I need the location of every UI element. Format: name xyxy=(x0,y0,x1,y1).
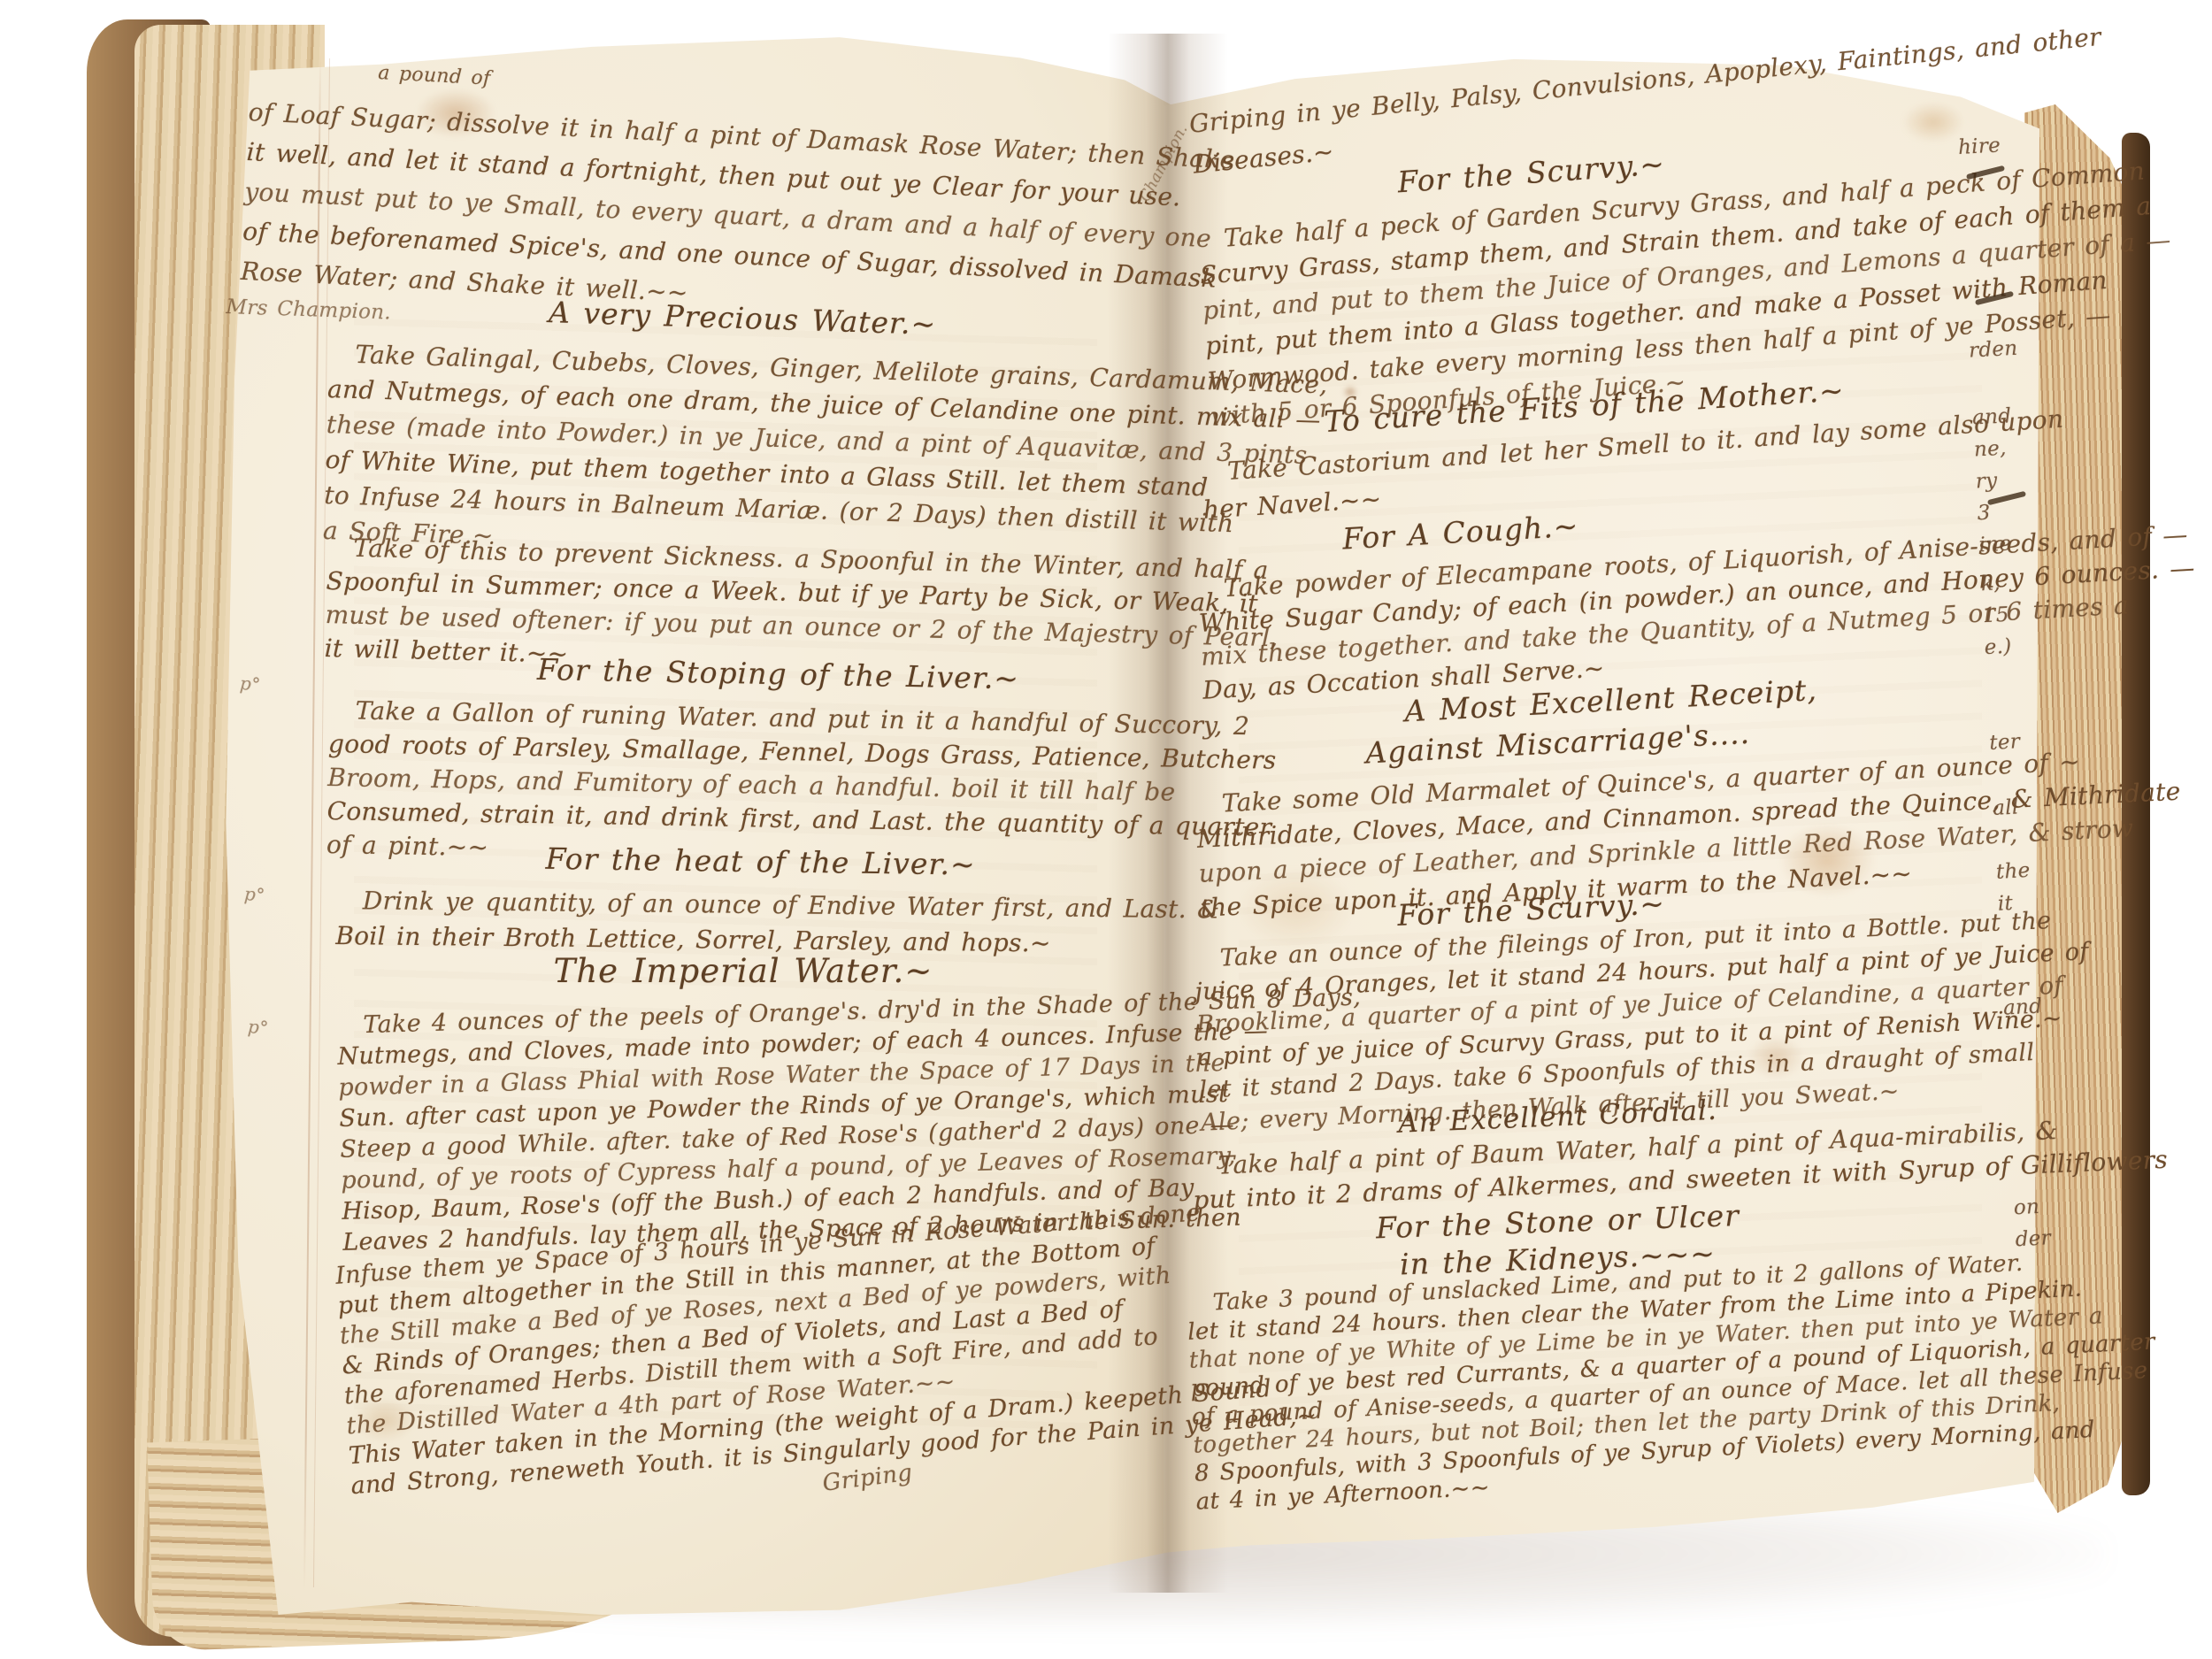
recipe-body-stone-ulcer: Take 3 pound of unslacked Lime, and put … xyxy=(1186,1243,2162,1517)
manuscript-line: ter xyxy=(1989,726,2071,757)
margin-mark: p° xyxy=(239,672,261,695)
manuscript-line: k, xyxy=(1980,566,2062,597)
manuscript-line: all xyxy=(1992,791,2074,822)
manuscript-line: on xyxy=(2013,1191,2095,1222)
manuscript-line: the xyxy=(1995,855,2078,886)
recipe-body-heat-of-liver: Drink ye quantity, of an ounce of Endive… xyxy=(335,883,1219,963)
manuscript-line: der xyxy=(2015,1222,2097,1253)
margin-mark: p° xyxy=(247,1016,269,1039)
manuscript-line: ne, xyxy=(1973,433,2055,464)
manuscript-line: ry xyxy=(1975,465,2057,495)
recipe-heading-heat-of-liver: For the heat of the Liver.~ xyxy=(495,841,1025,882)
manuscript-line: rden xyxy=(1968,334,2050,365)
margin-mark: p° xyxy=(243,883,265,906)
manuscript-line: ine xyxy=(1978,528,2061,559)
manuscript-line: 15 xyxy=(1982,598,2064,629)
manuscript-line: e.) xyxy=(1984,630,2066,661)
recipe-heading-imperial-water: The Imperial Water.~ xyxy=(478,952,1009,990)
manuscript-line: hire xyxy=(1957,130,2039,161)
manuscript-line: and xyxy=(2002,991,2085,1022)
manuscript-line: and xyxy=(1971,401,2054,432)
photograph-of-open-manuscript-book: a pound of Mrs Champion. p° p° p° of Loa… xyxy=(0,0,2212,1659)
manuscript-line: it xyxy=(1997,887,2079,918)
